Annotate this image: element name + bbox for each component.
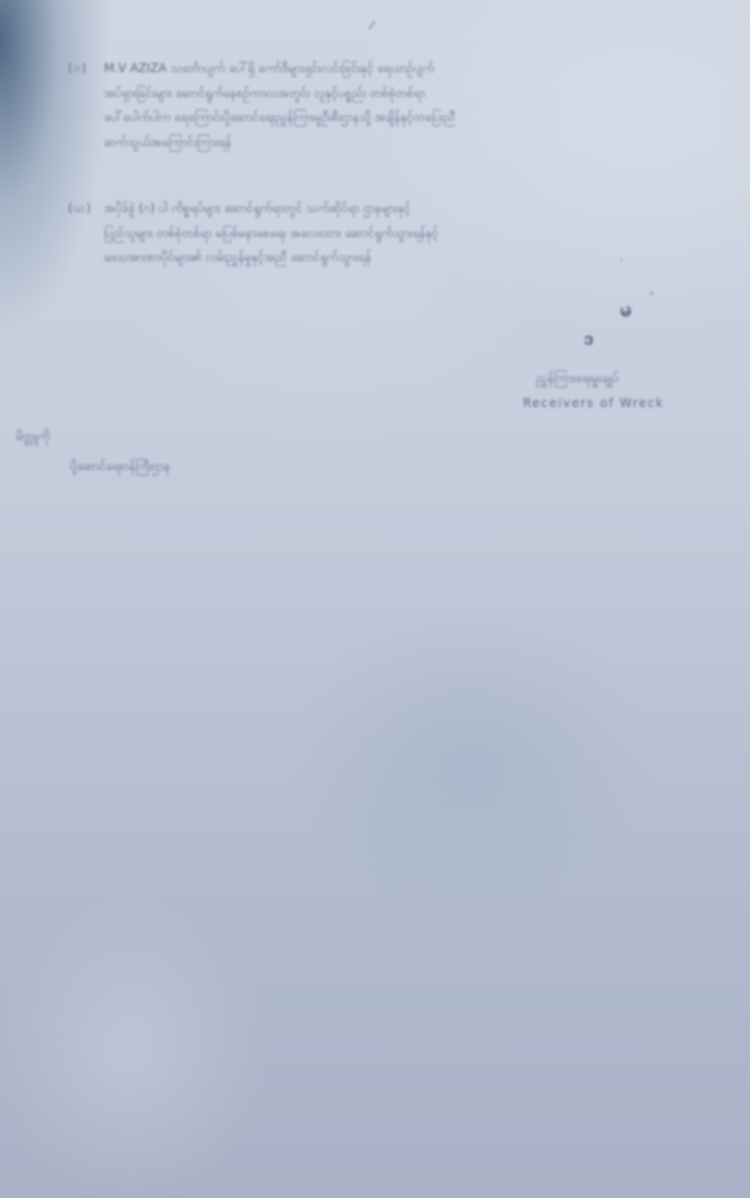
document-body: / (ဂ) M.V AZIZA သင်္ဘောပျက် ပေါ်ရှိ ကော်… — [0, 0, 750, 1198]
signatory-title-myanmar: ညွှန်ကြားရေးမှူးချုပ် — [536, 370, 619, 388]
paragraph-c: (ဂ) M.V AZIZA သင်္ဘောပျက် ပေါ်ရှိ ကော်ဒီ… — [68, 56, 718, 154]
paragraph-line: အပိုဒ်ခွဲ (ဂ) ပါ ကိစ္စရပ်များ ဆောင်ရွက်ရ… — [68, 196, 718, 221]
paragraph-marker: (ဃ) — [68, 196, 92, 221]
paragraph-line: ပြည်သူများ တစ်စုံတစ်ရာ မပြစ်မနာစေရေး အလေ… — [68, 221, 718, 246]
stray-mark: ' — [620, 256, 623, 269]
paragraph-marker: (ဂ) — [68, 56, 87, 81]
signature-initial: မ — [616, 295, 635, 327]
paragraph-line: အပ်ရှားခြင်းများ ဆောင်ရွက်နေစဉ်ကာလအတွင်း… — [68, 81, 718, 106]
paragraph-line: M.V AZIZA သင်္ဘောပျက် ပေါ်ရှိ ကော်ဒီများ… — [68, 56, 718, 81]
copy-to-recipient: ပို့ဆောင်ရေးဝန်ကြီးဌာန — [70, 458, 170, 476]
signature-initial: ဒ — [584, 326, 593, 353]
paragraph-line: ဆက်သွယ်အကြောင်းကြားရန် — [68, 130, 718, 155]
ink-dot — [650, 292, 653, 295]
signatory-title-english: Receivers of Wreck — [523, 396, 664, 410]
paragraph-line: ပေါ်ပေါက်ပါက ရေကြောင်းပို့ဆောင်ရေးညွှန်က… — [68, 105, 718, 130]
check-mark: / — [368, 18, 377, 33]
copy-to-label: မိတ္တူကို — [16, 428, 50, 446]
